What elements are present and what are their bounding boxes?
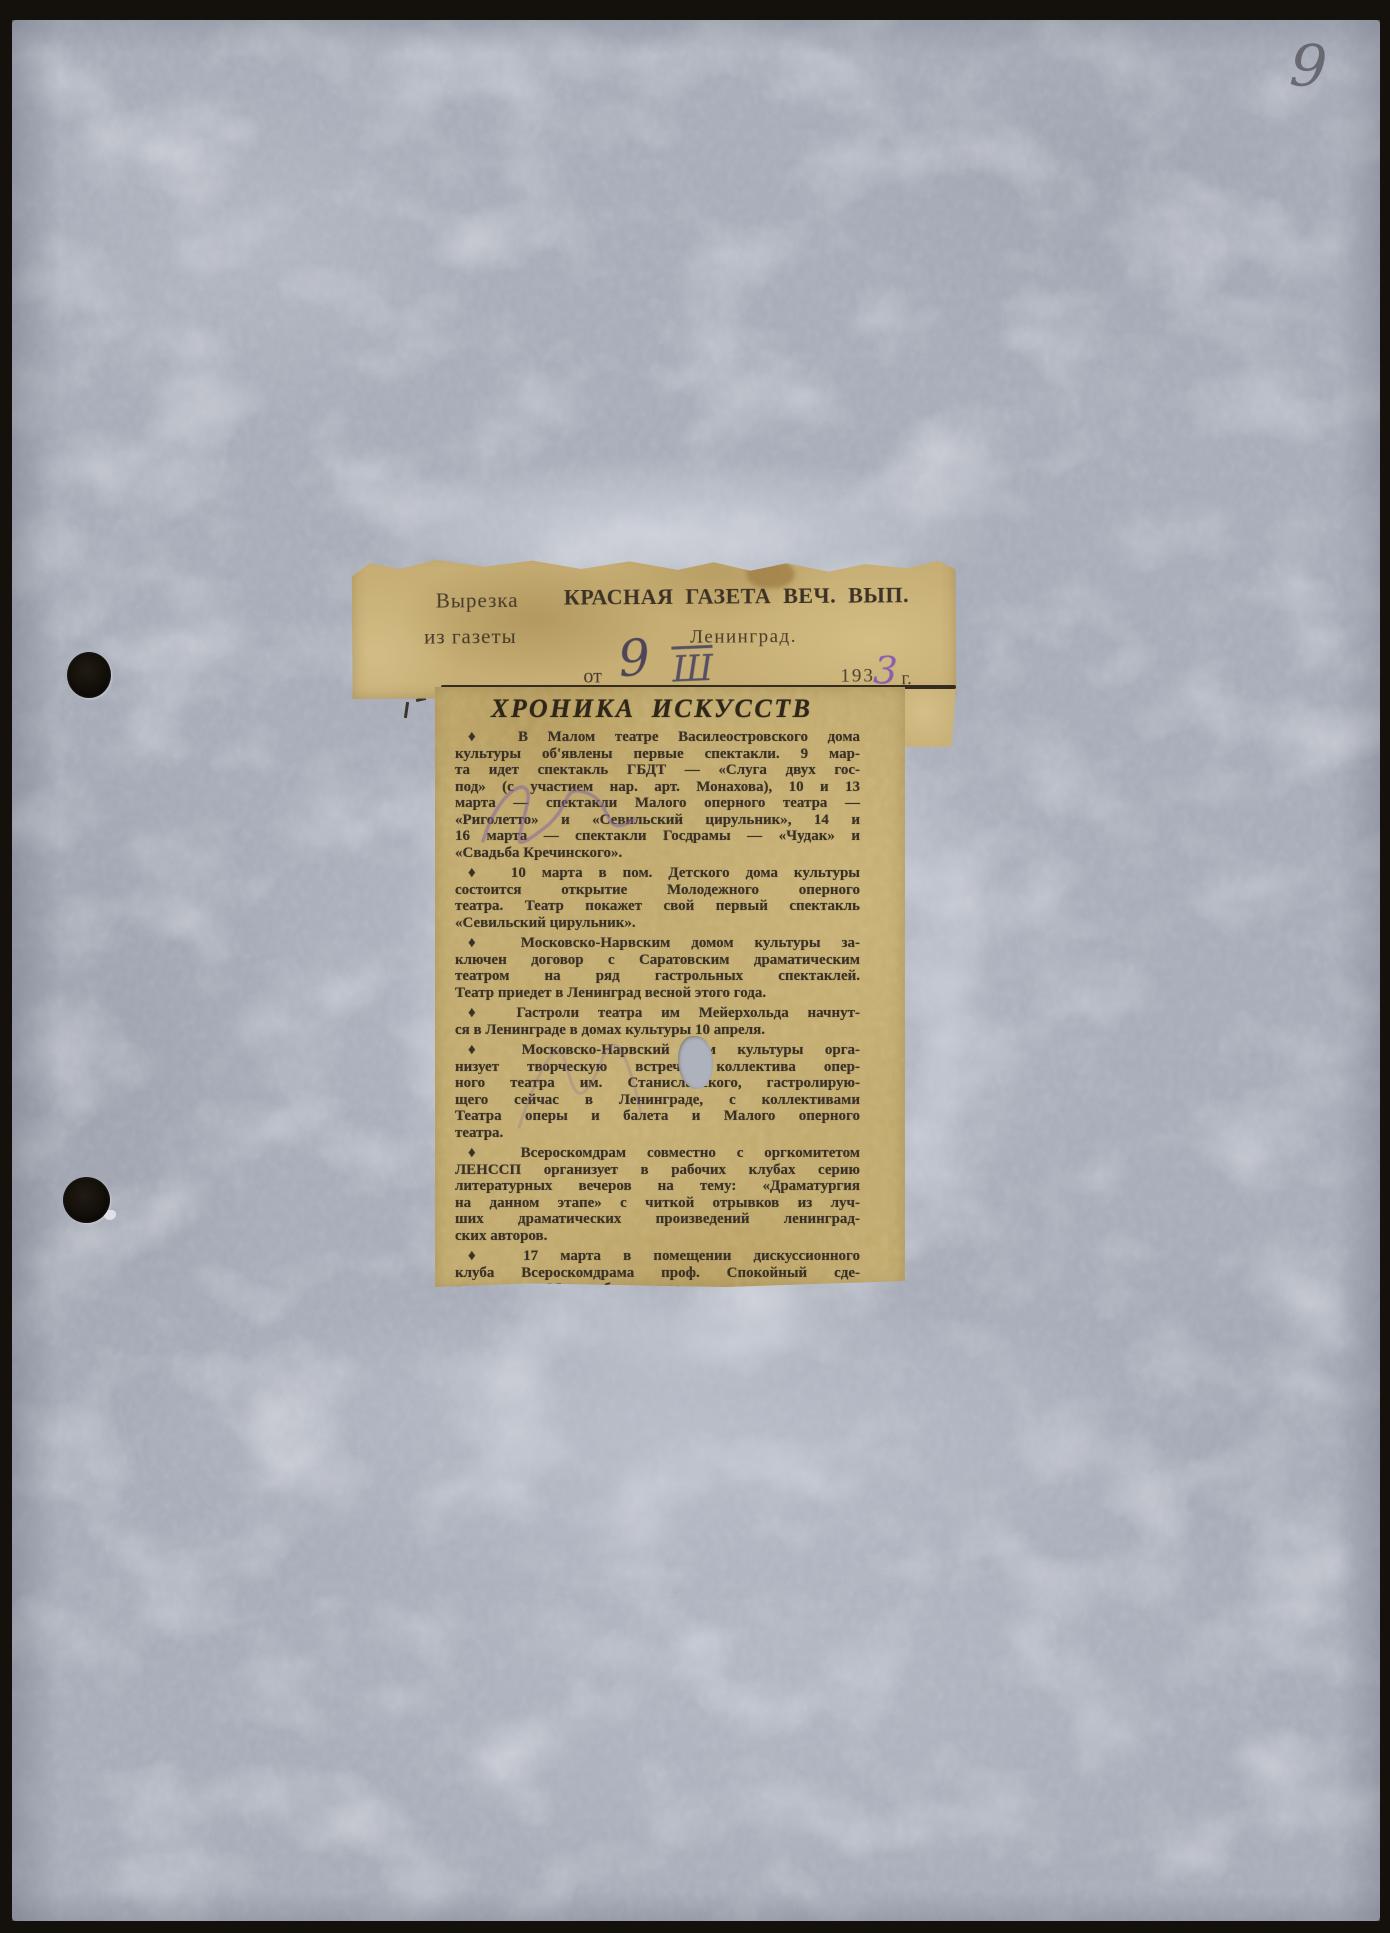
text-line: ♦ Московско-Нарвский дом культуры орга- <box>455 1042 860 1059</box>
diamond-bullet: ♦ <box>468 1145 493 1161</box>
text-line: культуры об'явлены первые спектакли. 9 м… <box>455 746 860 763</box>
stamp-header-strip: Вырезка из газеты КРАСНАЯ ГАЗЕТА ВЕЧ. ВЫ… <box>351 549 956 699</box>
clipping-headline: ХРОНИКА ИСКУССТВ <box>491 694 812 724</box>
text-line: под» (с участием нар. арт. Монахова), 10… <box>455 779 860 796</box>
text-line: Театр приедет в Ленинград весной этого г… <box>455 985 860 1002</box>
diamond-bullet: ♦ <box>468 1005 491 1021</box>
newspaper-title: КРАСНАЯ ГАЗЕТА ВЕЧ. ВЫП. <box>564 582 909 610</box>
scan-background: 9 Вырезка из газеты КРАСНАЯ ГАЗЕТА ВЕЧ. … <box>0 0 1390 1933</box>
text-line: на данном этапе» с читкой отрывков из лу… <box>455 1195 860 1212</box>
text-line: театра. Театр покажет свой первый спекта… <box>455 898 860 915</box>
diamond-bullet: ♦ <box>468 1042 493 1058</box>
handwritten-day: 9 <box>616 628 652 688</box>
text-line: клуба Всероскомдрама проф. Спокойный сде… <box>455 1265 860 1282</box>
handwritten-page-number: 9 <box>1288 31 1330 101</box>
page-edge-shadow-bottom <box>12 1891 1380 1921</box>
text-line: 16 марта — спектакли Госдрамы — «Чудак» … <box>455 828 860 845</box>
page-edge-shadow-top <box>12 20 1380 54</box>
paragraph: ♦ 17 марта в помещении дискуссионногоклу… <box>455 1248 860 1298</box>
paragraph: ♦ В Малом театре Василеостровского домак… <box>455 729 860 861</box>
text-line: марта — спектакли Малого оперного театра… <box>455 795 860 812</box>
text-line: ♦ 17 марта в помещении дискуссионного <box>455 1248 860 1265</box>
clipping-paragraphs: ♦ В Малом театре Василеостровского домак… <box>455 729 860 1298</box>
text-line: лает доклад «Маркс об искусстве». <box>455 1281 860 1298</box>
text-line: ного театра им. Станиславского, гастроли… <box>455 1075 860 1092</box>
text-line: литературных вечеров на тему: «Драматург… <box>455 1178 860 1195</box>
text-line: низует творческую встречу коллектива опе… <box>455 1059 860 1076</box>
punch-hole-bottom <box>63 1177 110 1223</box>
clipping-tear-hole <box>678 1036 713 1089</box>
text-line: ся в Ленинграде в домах культуры 10 апре… <box>455 1022 860 1039</box>
text-line: ♦ Московско-Нарвским домом культуры за- <box>455 935 860 952</box>
album-page: 9 Вырезка из газеты КРАСНАЯ ГАЗЕТА ВЕЧ. … <box>12 20 1380 1921</box>
text-line: «Риголетто» и «Севильский цирульник», 14… <box>455 812 860 829</box>
clipping-body: ХРОНИКА ИСКУССТВ ♦ В Малом театре Василе… <box>435 687 905 1287</box>
text-line: ♦ Гастроли театра им Мейерхольда начнут- <box>455 1005 860 1022</box>
text-line: ших драматических произведений ленинград… <box>455 1211 860 1228</box>
paragraph: ♦ Московско-Нарвский дом культуры орга-н… <box>455 1042 860 1141</box>
diamond-bullet: ♦ <box>468 1248 494 1264</box>
text-line: ских авторов. <box>455 1228 860 1245</box>
text-line: та идет спектакль ГБДТ — «Слуга двух гос… <box>455 762 860 779</box>
text-line: «Севильский цирульник». <box>455 915 860 932</box>
text-line: ♦ В Малом театре Василеостровского дома <box>455 729 860 746</box>
newspaper-clipping: Вырезка из газеты КРАСНАЯ ГАЗЕТА ВЕЧ. ВЫ… <box>352 545 958 1311</box>
stamp-source-line2: из газеты <box>424 624 517 650</box>
stamp-source-line1: Вырезка <box>436 588 519 614</box>
text-line: состоится открытие Молодежного оперного <box>455 882 860 899</box>
paragraph: ♦ Всероскомдрам совместно с оргкомитетом… <box>455 1145 860 1244</box>
clipping-right-flap <box>903 689 956 747</box>
page-edge-shadow-right <box>1338 20 1380 1921</box>
text-line: ♦ Всероскомдрам совместно с оргкомитетом <box>455 1145 860 1162</box>
paragraph: ♦ 10 марта в пом. Детского дома культуры… <box>455 865 860 931</box>
text-line: ключен договор с Саратовским драматическ… <box>455 952 860 969</box>
paragraph: ♦ Гастроли театра им Мейерхольда начнут-… <box>455 1005 860 1038</box>
punch-hole-top <box>67 652 111 698</box>
diamond-bullet: ♦ <box>468 865 488 881</box>
text-line: ЛЕНССП организует в рабочих клубах серию <box>455 1162 860 1179</box>
page-edge-shadow-left <box>12 20 60 1921</box>
text-line: Театра оперы и балета и Малого оперного <box>455 1108 860 1125</box>
text-line: ♦ 10 марта в пом. Детского дома культуры <box>455 865 860 882</box>
water-stain-bottom <box>102 1310 1242 1590</box>
text-line: театра. <box>455 1125 860 1142</box>
text-line: щего сейчас в Ленинграде, с коллективами <box>455 1092 860 1109</box>
diamond-bullet: ♦ <box>468 729 491 745</box>
text-line: «Свадьба Кречинского». <box>455 845 860 862</box>
text-line: театром на ряд гастрольных спектаклей. <box>455 968 860 985</box>
diamond-bullet: ♦ <box>468 935 493 951</box>
paragraph: ♦ Московско-Нарвским домом культуры за-к… <box>455 935 860 1001</box>
